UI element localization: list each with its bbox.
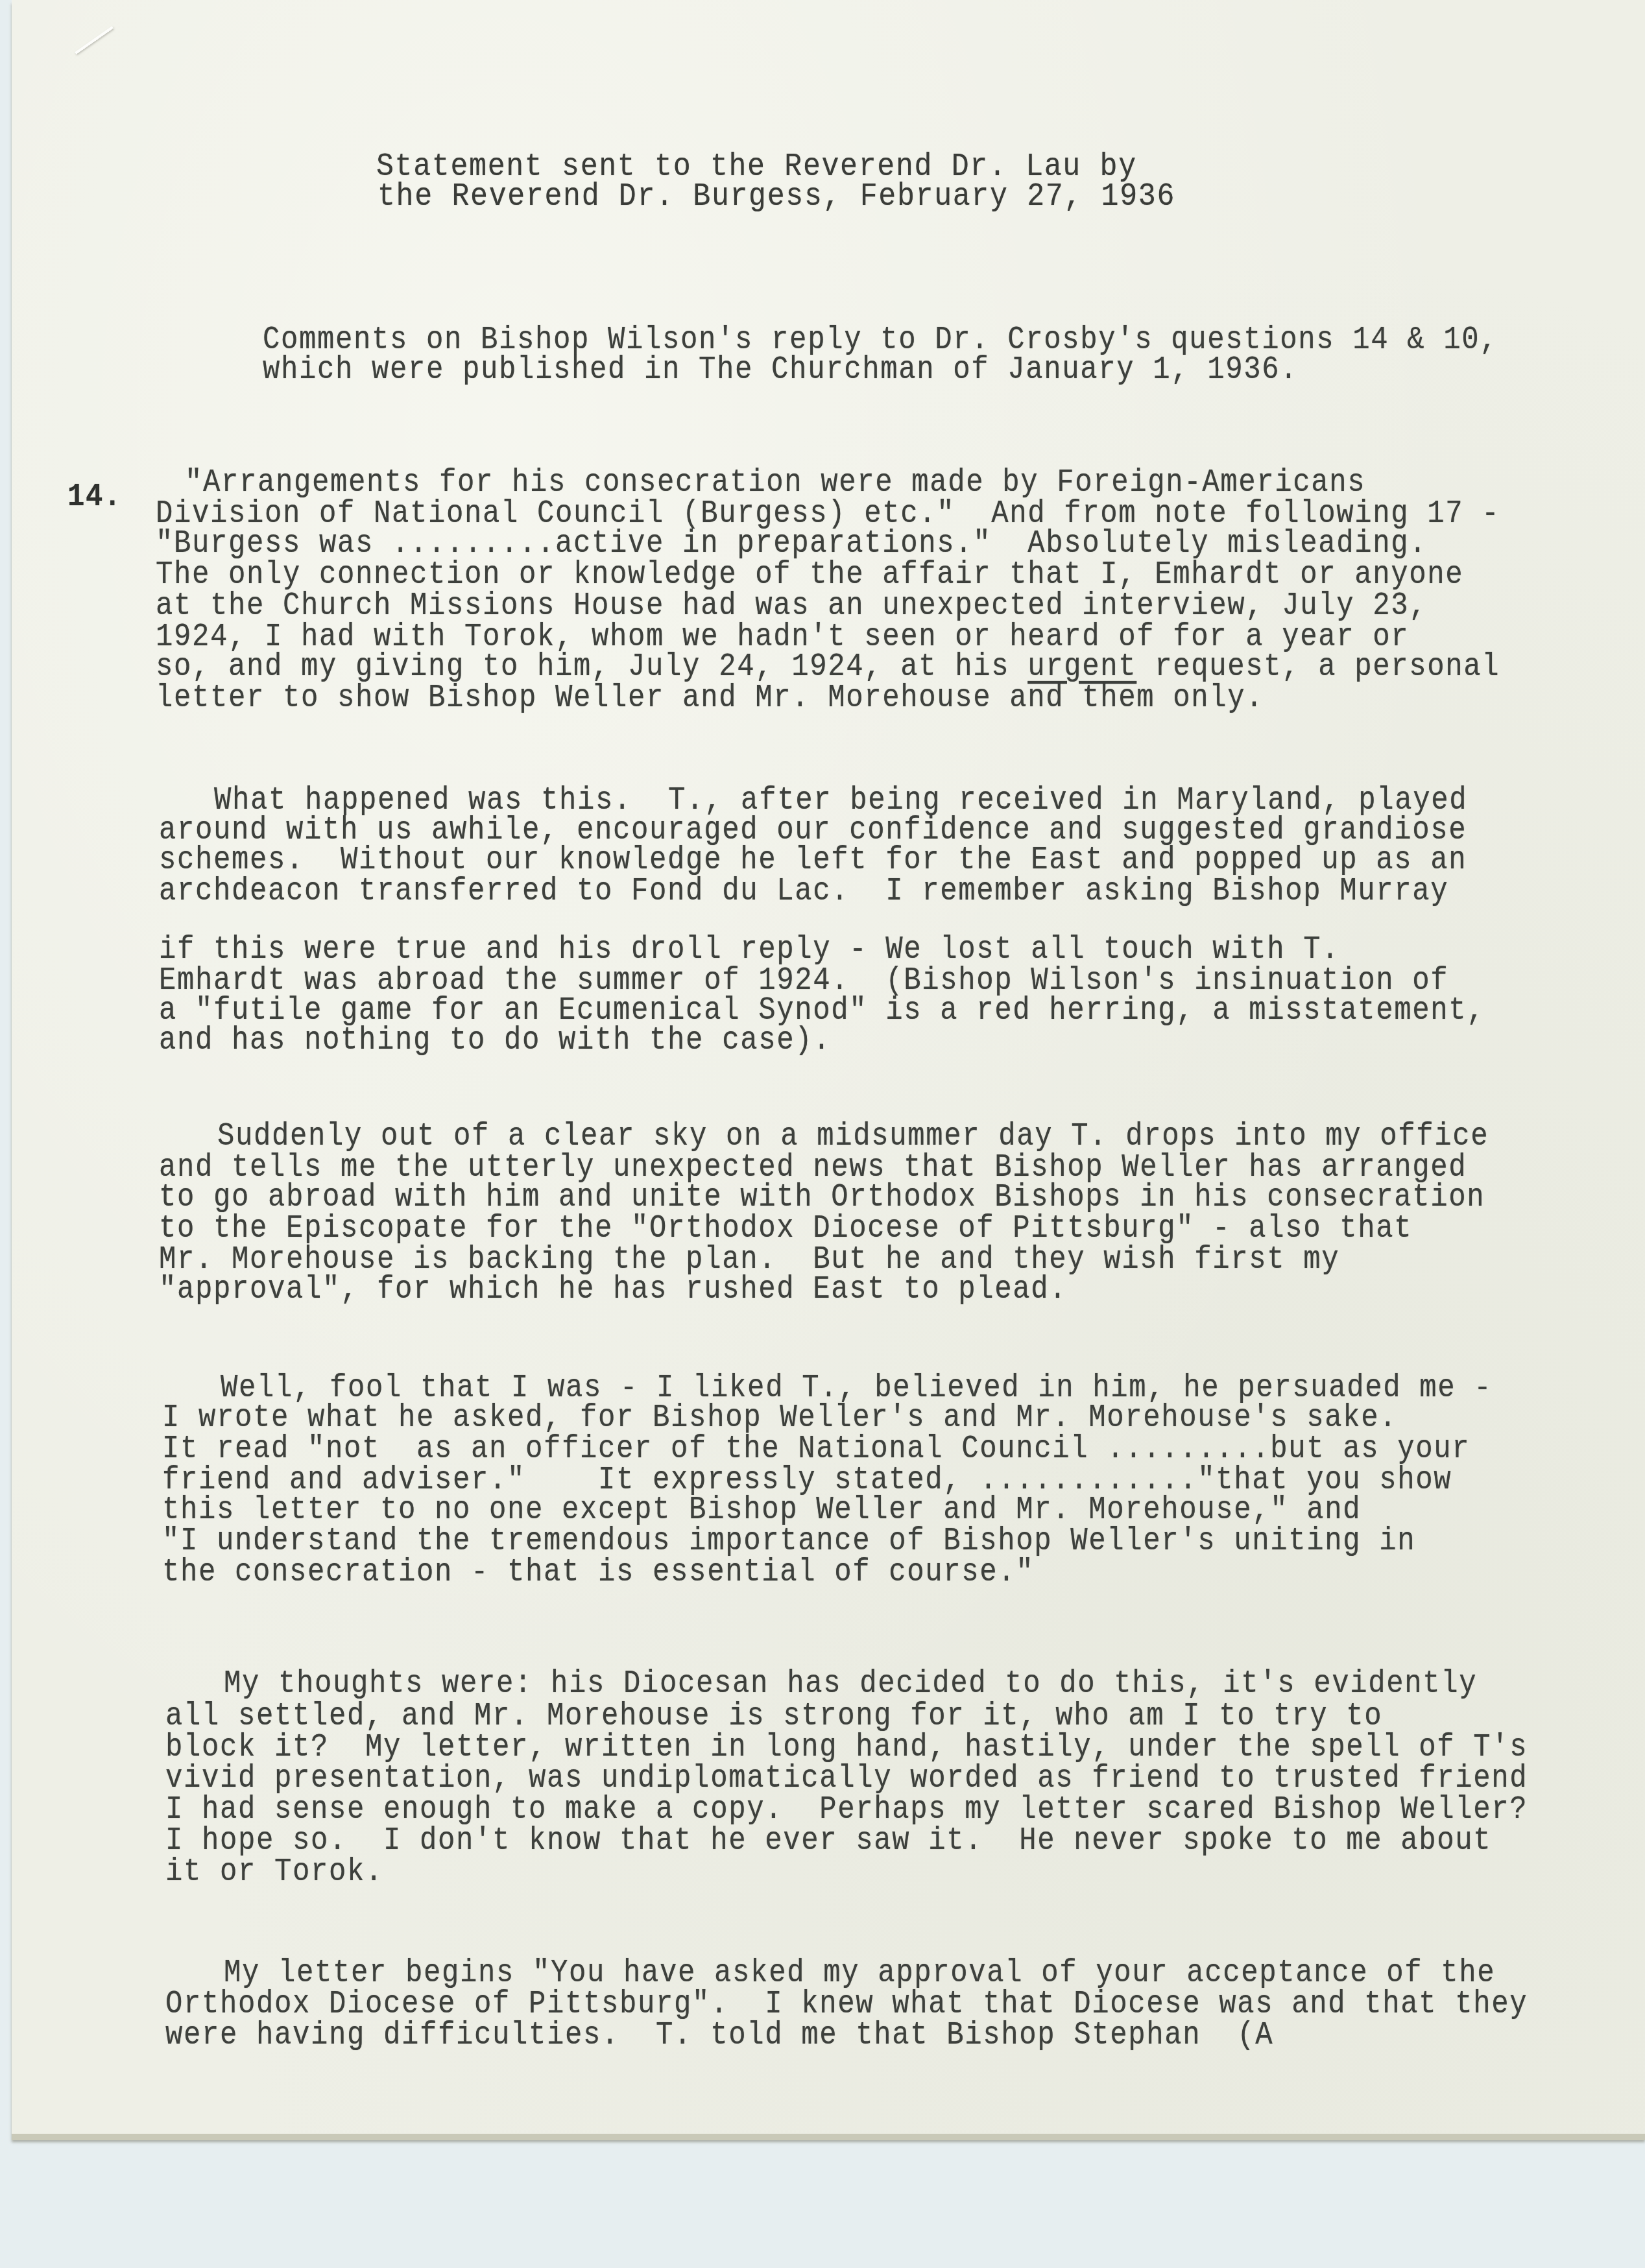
paragraph-line: The only connection or knowledge of the …: [156, 559, 1463, 591]
paragraph-line: Suddenly out of a clear sky on a midsumm…: [217, 1121, 1489, 1152]
paragraph-line: "Burgess was .........active in preparat…: [156, 528, 1427, 560]
paragraph-line: at the Church Missions House had was an …: [156, 590, 1427, 622]
paragraph-line: archdeacon transferred to Fond du Lac. I…: [159, 876, 1448, 907]
paper-bottom-edge: [12, 2134, 1645, 2140]
paragraph-line-with-underline: so, and my giving to him, July 24, 1924,…: [156, 651, 1500, 683]
paragraph-line: vivid presentation, was undiplomatically…: [165, 1763, 1528, 1795]
paragraph-line: this letter to no one except Bishop Well…: [162, 1494, 1361, 1526]
paragraph-line: schemes. Without our knowledge he left f…: [159, 844, 1467, 876]
paragraph-line: I had sense enough to make a copy. Perha…: [165, 1794, 1528, 1826]
paragraph-line: "I understand the tremendous importance …: [162, 1525, 1415, 1557]
paragraph-line: I wrote what he asked, for Bishop Weller…: [162, 1402, 1397, 1434]
subtitle-line-2: which were published in The Churchman of…: [263, 354, 1298, 386]
paragraph-line: were having difficulties. T. told me tha…: [165, 2020, 1273, 2051]
title-line-2: the Reverend Dr. Burgess, February 27, 1…: [378, 180, 1175, 213]
paragraph-line: and has nothing to do with the case).: [159, 1025, 831, 1056]
paragraph-line: block it? My letter, written in long han…: [165, 1732, 1528, 1763]
item-number: 14.: [67, 481, 122, 513]
paragraph-line: if this were true and his droll reply - …: [159, 934, 1339, 966]
paragraph-line: Orthodox Diocese of Pittsburg". I knew w…: [165, 1988, 1528, 2020]
paragraph-line: "approval", for which he has rushed East…: [159, 1274, 1067, 1306]
paragraph-line: My letter begins "You have asked my appr…: [224, 1957, 1495, 1989]
paragraph-line: the consecration - that is essential of …: [162, 1557, 1034, 1588]
paragraph-line: to the Episcopate for the "Orthodox Dioc…: [159, 1213, 1412, 1245]
paragraph-line: It read "not as an officer of the Nation…: [162, 1433, 1470, 1465]
paragraph-line: I hope so. I don't know that he ever saw…: [165, 1825, 1491, 1857]
paragraph-line: to go abroad with him and unite with Ort…: [159, 1182, 1485, 1213]
paragraph-line: letter to show Bishop Weller and Mr. Mor…: [156, 682, 1264, 714]
paragraph-line: all settled, and Mr. Morehouse is strong…: [165, 1701, 1382, 1732]
paragraph-line: it or Torok.: [165, 1856, 383, 1888]
paragraph-line: My thoughts were: his Diocesan has decid…: [224, 1668, 1477, 1700]
paragraph-line: "Arrangements for his consecration were …: [185, 467, 1365, 499]
